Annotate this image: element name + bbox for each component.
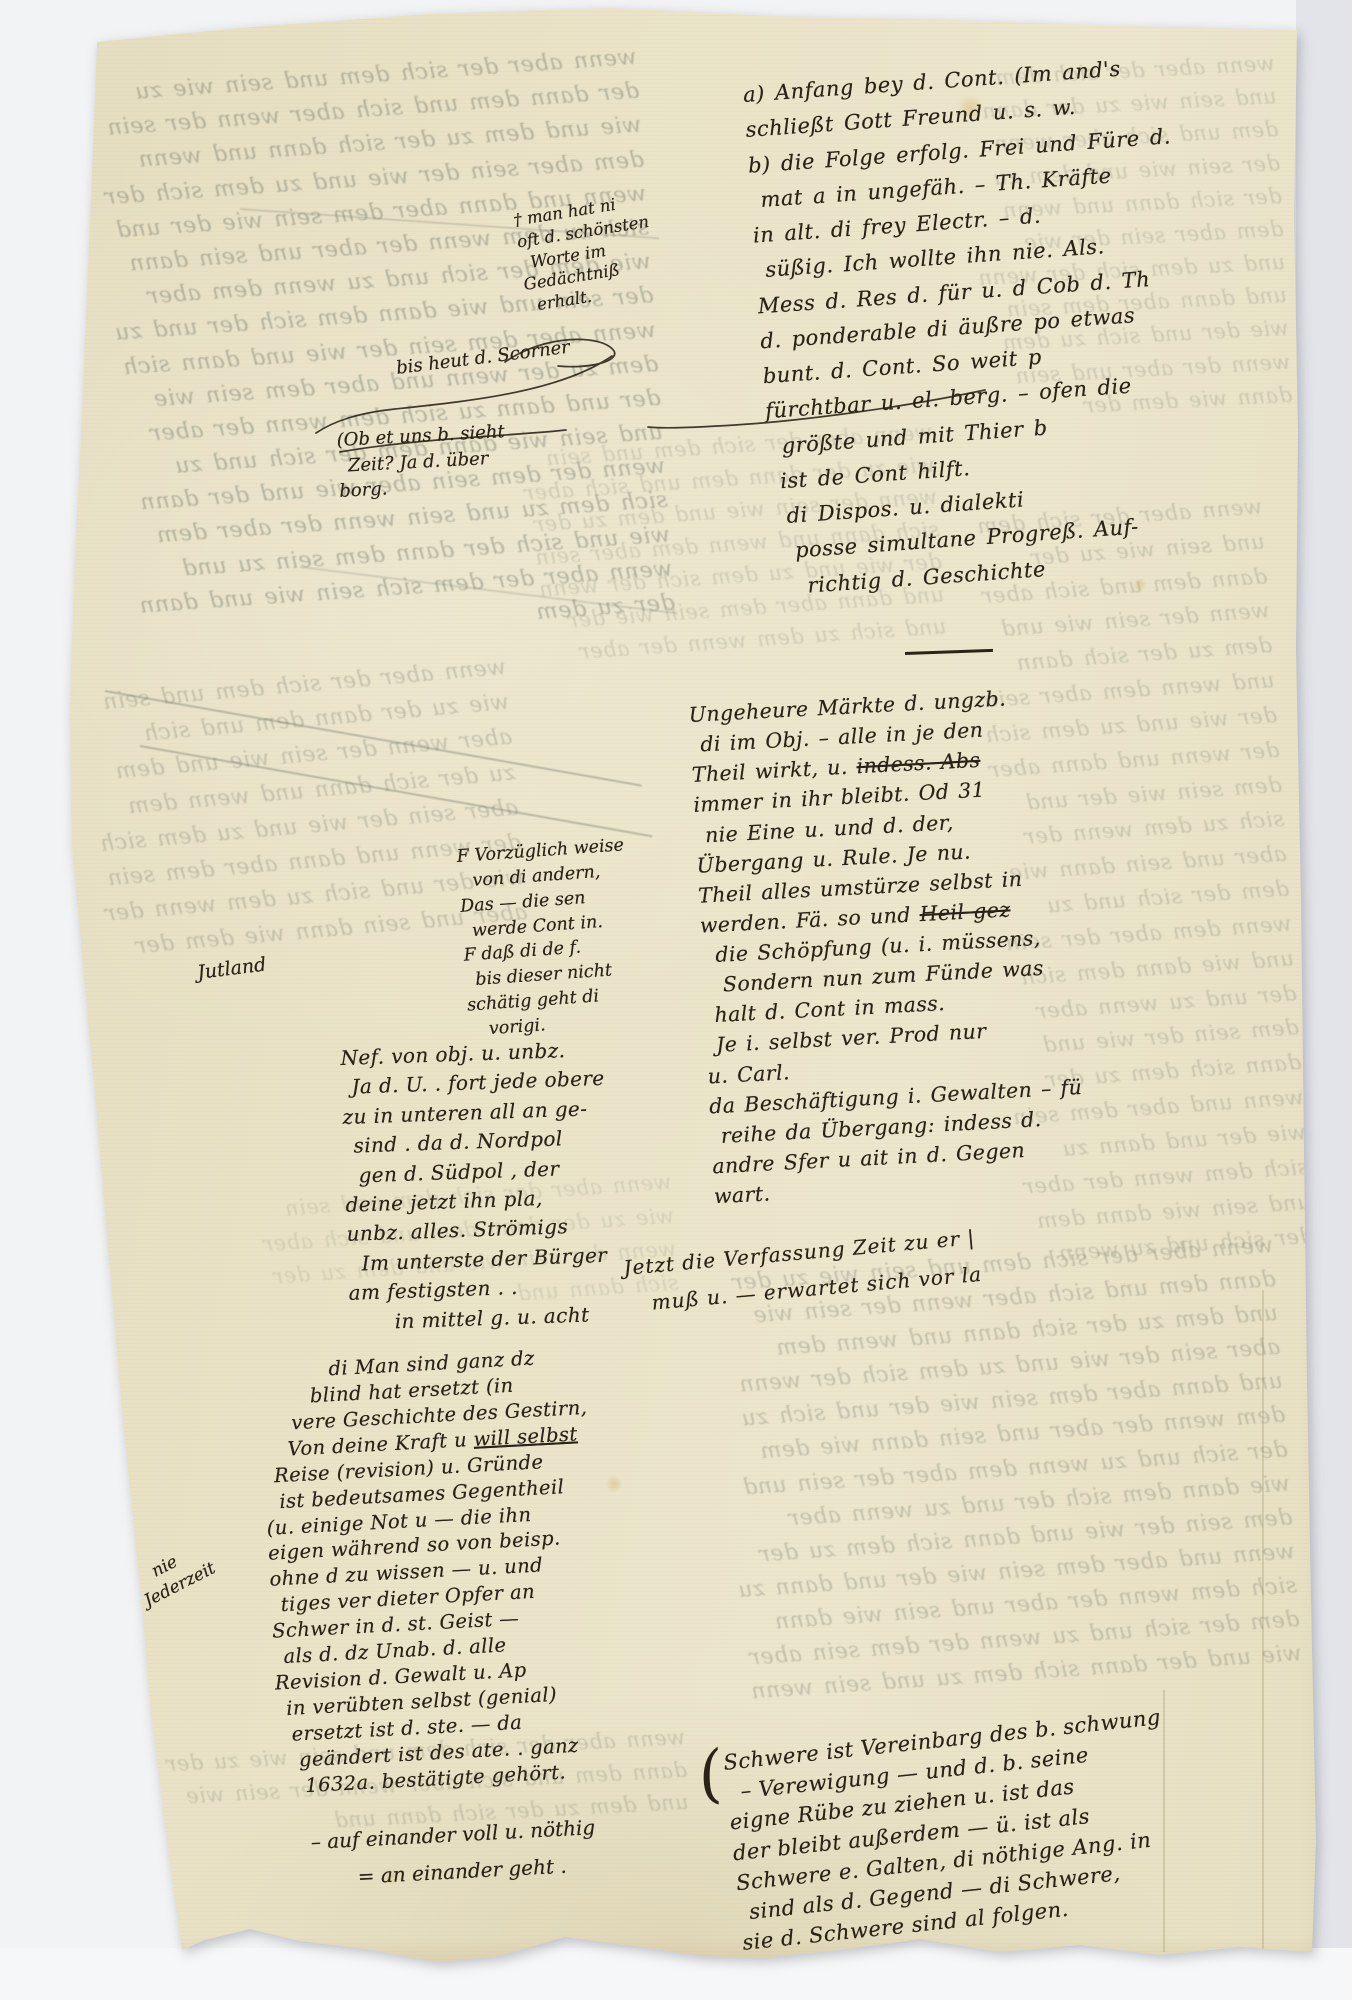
manuscript-paper: wenn aber der sich dem und sein wie zu d…: [0, 0, 1352, 2000]
struck-text: Heil gez: [919, 897, 1011, 926]
struck-text: indess. Abs: [856, 748, 981, 778]
ink-dash-lines: – auf einander voll u. nöthig = an einan…: [310, 1809, 598, 1898]
underlined-text: will selbst: [473, 1422, 578, 1450]
paper-stain: [604, 1476, 624, 1492]
ink-right-column-top: a) Anfang bey d. Cont. (Im and's schließ…: [742, 48, 1202, 605]
ink-note-top-small: † man hat ni oft d. schönsten Worte im G…: [512, 189, 661, 317]
ink-margin-note-slanted: nie Jederzeit: [130, 1537, 220, 1613]
paper-shadow-wrapper: wenn aber der sich dem und sein wie zu d…: [0, 0, 1352, 2000]
ink-right-column-mid: Ungeheure Märkte d. ungzb. di im Obj. – …: [688, 680, 1088, 1211]
ink-mid-margin-notes: F Vorzüglich weise von di andern, Das — …: [456, 833, 637, 1043]
ink-bottom-right-block: Schwere ist Vereinbarg des b. schwung – …: [722, 1702, 1181, 1958]
ink-note-ob: (Ob et uns b. sieht Zeit? Ja d. über bor…: [336, 419, 508, 504]
scan-background: wenn aber der sich dem und sein wie zu d…: [0, 0, 1352, 2000]
fold-crease: [1262, 1290, 1264, 1950]
ink-central-block: Nef. von obj. u. unbz. Ja d. U. . fort j…: [340, 1035, 613, 1338]
ink-long-left-block: di Man sind ganz dz blind hat ersetzt (i…: [258, 1343, 607, 1800]
